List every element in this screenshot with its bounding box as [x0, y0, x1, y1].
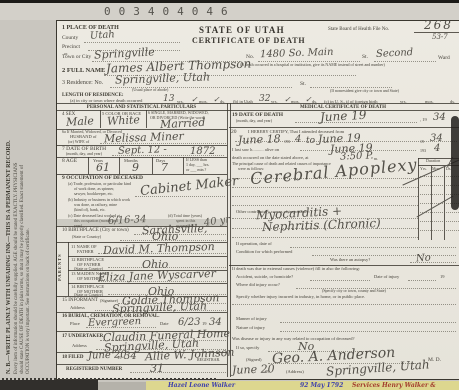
- file-no-label: State Board of Health File No.: [328, 27, 389, 32]
- burial-date-label: Date: [160, 322, 169, 327]
- autopsy-label: Was there an autopsy?: [330, 258, 370, 263]
- rule: [418, 158, 419, 240]
- rule: [310, 280, 370, 281]
- death-certificate-scan: 003404046 N. B.—WRITE PLAINLY WITH UNFAD…: [0, 0, 459, 390]
- county-value: Utah: [90, 30, 115, 42]
- abode-note: (Usual place of abode): [132, 88, 168, 92]
- last-saw-year-pre: 193: [420, 149, 426, 153]
- filed-year-value: 34: [124, 352, 137, 362]
- occupation-a3: sawyer, bookkeeper, etc.: [74, 192, 113, 196]
- rule: [290, 247, 456, 248]
- certify-number: 20: [231, 130, 237, 136]
- rule: [112, 155, 224, 156]
- attended-from-value: June 18: [238, 133, 281, 145]
- filed-label: 18 FILED: [62, 355, 84, 360]
- bottom-gray-gap: [98, 382, 146, 390]
- rule: [232, 218, 418, 219]
- index-strip-text-2: 92 May 1792: [300, 382, 343, 389]
- file-no-sub: 53-7: [432, 34, 448, 41]
- rule: [418, 221, 459, 222]
- town-value: Springville: [94, 46, 155, 60]
- duration-yrs-header: Yrs.: [420, 167, 427, 171]
- age-months-value: 9: [132, 162, 139, 173]
- nature-of-injury-label: Nature of injury: [236, 326, 265, 331]
- rule: [56, 103, 459, 104]
- scan-shadow-artifact: [451, 116, 459, 210]
- rule: [68, 242, 69, 296]
- rule: [232, 187, 418, 188]
- street-st-label: St.: [362, 55, 368, 61]
- injury-year-pre: 19: [440, 275, 445, 280]
- county-label: County: [62, 36, 78, 42]
- rule: [280, 331, 456, 332]
- injury-where-label: Where did injury occur?: [236, 283, 280, 288]
- residence-label: 3 Residence: No.: [62, 80, 103, 86]
- rule: [134, 234, 226, 235]
- ward-value: Second: [376, 48, 414, 60]
- bottom-left-dark-block: [0, 380, 98, 390]
- rule: [280, 322, 456, 323]
- signature-address-label: (Address): [286, 370, 304, 375]
- last-saw-label: I last saw h.......... alive on: [232, 148, 279, 153]
- undertaker-address-label: Address: [72, 344, 87, 349]
- rule: [119, 157, 120, 174]
- rule: [130, 372, 226, 373]
- rule: [232, 178, 418, 179]
- parents-label: PARENTS: [58, 253, 63, 281]
- death-occurred-label: death occurred on the date stated above,…: [232, 156, 308, 161]
- rule: [135, 196, 225, 197]
- informant-address-label: Address: [70, 306, 85, 311]
- burial-year-pre: 19: [202, 322, 207, 327]
- burial-date-value: 6/23: [178, 318, 200, 328]
- rule: [86, 327, 156, 328]
- residence-value: Springville, Utah: [115, 71, 210, 85]
- rule: [410, 262, 456, 263]
- rule: [95, 310, 226, 311]
- index-strip-text-1: Hazel Leone Walker: [168, 382, 235, 389]
- rule: [100, 110, 101, 128]
- duration-label: Duration: [426, 159, 440, 163]
- rule: [183, 157, 184, 174]
- occupation-related-label: Was disease or injury in any way related…: [232, 337, 354, 342]
- death-date-sublabel: (month, day, and year): [236, 119, 272, 123]
- index-strip-text-3: Services Henry Walker &: [352, 382, 436, 389]
- rule: [232, 237, 418, 238]
- death-year-pre: , 19: [420, 118, 427, 123]
- full-name-label: 2 FULL NAME: [62, 68, 105, 75]
- state-title: STATE OF UTAH: [199, 26, 285, 35]
- rule: [312, 255, 456, 256]
- birthplace-label: 10 BIRTHPLACE (City or town): [62, 228, 129, 233]
- age-days-value: 7: [161, 162, 168, 173]
- margin-instructions: N. B.—WRITE PLAINLY WITH UNFADING INK—TH…: [6, 20, 31, 374]
- rule: [98, 253, 226, 254]
- filed-year-pre: 19: [117, 356, 122, 361]
- rule: [418, 230, 459, 231]
- external-causes-label: If death was due to external causes (vio…: [232, 267, 360, 272]
- accident-label: Accident, suicide, or homicide?: [236, 275, 293, 280]
- race-value: White: [107, 114, 140, 127]
- attended-from-year-value: 4: [295, 135, 301, 145]
- wife-of-label: (or) WIFE of: [68, 140, 89, 144]
- registered-number-label: REGISTERED NUMBER: [66, 367, 122, 372]
- operation-condition-label: Condition for which performed: [236, 250, 292, 255]
- rule: [98, 281, 226, 282]
- manner-of-injury-label: Manner of injury: [236, 317, 267, 322]
- injury-date-label: Date of injury: [374, 275, 399, 280]
- registrar-label: REGISTRAR.: [197, 358, 220, 362]
- ward-label: Ward: [438, 56, 450, 62]
- last-saw-year-value: 4: [434, 144, 440, 154]
- signature-year-pre: 19: [265, 370, 270, 375]
- md-label: M. D.: [428, 358, 441, 364]
- age-label: 8 AGE: [62, 159, 77, 165]
- rule: [146, 110, 147, 128]
- hospital-note: (If death occurred in a hospital or inst…: [240, 63, 385, 67]
- injury-where-note: (Specify city or town, county and State): [322, 289, 386, 293]
- rule: [229, 127, 459, 128]
- rule: [295, 122, 417, 123]
- rule: [232, 228, 418, 229]
- birthplace-state-label: (State or Country): [72, 235, 101, 239]
- margin-line-4: OCCUPATION is very important. See instru…: [26, 20, 31, 374]
- rule: [408, 280, 436, 281]
- rule: [232, 304, 456, 305]
- burial-place-label: Place: [70, 322, 80, 327]
- birth-date-sublabel: (month, day, and year): [66, 152, 102, 156]
- file-no-value: 268: [424, 19, 453, 31]
- stamped-serial-number: 003404046: [104, 6, 236, 17]
- margin-line-1: N. B.—WRITE PLAINLY WITH UNFADING INK—TH…: [6, 20, 12, 374]
- residence-st-label: St.: [300, 82, 306, 88]
- precinct-label: Precinct: [62, 45, 80, 51]
- margin-line-2: Every item of information should be care…: [14, 20, 19, 374]
- rule: [56, 364, 227, 365]
- town-label: Town or City: [62, 55, 91, 61]
- rule: [152, 157, 153, 174]
- occupation-b3: (kind of), bank, etc.: [74, 208, 106, 212]
- rule: [84, 42, 180, 43]
- age-less-note-3: or ___ min.?: [186, 168, 206, 172]
- sex-value: Male: [66, 115, 94, 127]
- nonresident-note: (If nonresident give city or town and St…: [330, 89, 399, 93]
- margin-line-3: should state CAUSE OF DEATH in plain ter…: [20, 20, 25, 374]
- injury-specify-label: Specify whether injury incurred in indus…: [236, 295, 365, 300]
- father-name-label-2: FATHER: [77, 250, 94, 255]
- age-years-value: 61: [96, 162, 110, 173]
- rule: [88, 157, 89, 174]
- undertaker-label: 17 UNDERTAKER: [62, 334, 103, 339]
- informant-label: 15 INFORMANT: [62, 298, 98, 303]
- rule: [232, 196, 418, 197]
- if-so-specify-label: If so, specify: [236, 346, 259, 351]
- certificate-title: CERTIFICATE OF DEATH: [192, 37, 305, 45]
- rule: [56, 312, 227, 313]
- death-year-value: 34: [433, 113, 446, 123]
- operation-date-label: If operation, date of: [236, 242, 272, 247]
